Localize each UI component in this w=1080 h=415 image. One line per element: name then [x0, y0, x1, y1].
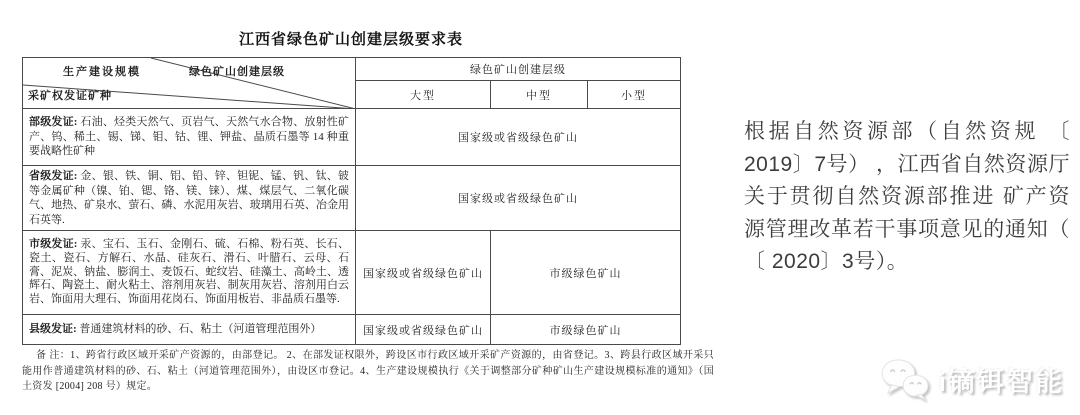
level-cell: 国家级或省级绿色矿山: [356, 315, 491, 345]
document-canvas: 江西省绿色矿山创建层级要求表 生产建设规模 绿色矿山创建层级 采矿权发证矿种 绿…: [0, 0, 1080, 415]
column-header-large: 大型: [356, 81, 491, 109]
level-cell: 国家级或省级绿色矿山: [356, 231, 491, 315]
watermark: i镝铒智能: [880, 357, 1064, 401]
minerals-text: 汞、宝石、玉石、金刚石、硫、石棉、粉石英、长石、瓷土、瓷石、方解石、水晶、硅灰石…: [29, 238, 349, 305]
minerals-text: 石油、烃类天然气、页岩气、天然气水合物、放射性矿产、钨、稀土、锡、锑、钼、钴、锂…: [29, 116, 349, 157]
level-cell: 国家级或省级绿色矿山: [356, 166, 681, 231]
column-header-small: 小型: [588, 81, 681, 109]
issuer-label: 市级发证:: [29, 238, 77, 250]
level-cell: 市级绿色矿山: [491, 315, 681, 345]
minerals-text: 普通建筑材料的砂、石、粘土（河道管理范围外）: [79, 323, 321, 335]
minerals-cell: 县级发证: 普通建筑材料的砂、石、粘土（河道管理范围外）: [23, 315, 356, 345]
issuer-label: 县级发证:: [29, 323, 77, 335]
minerals-text: 金、银、铁、铜、铝、铅、锌、钽铌、锰、钒、钛、铍等金属矿种（镍、铂、锶、铬、镁、…: [29, 170, 349, 226]
issuer-label: 省级发证:: [29, 170, 77, 182]
caption-text: 根据自然资源部（自然资规 〔 2019〕7号） ，江西省自然资源厅关于贯彻自然资…: [744, 116, 1070, 279]
column-header-medium: 中型: [491, 81, 588, 109]
minerals-cell: 部级发证: 石油、烃类天然气、页岩气、天然气水合物、放射性矿产、钨、稀土、锡、锑…: [23, 109, 356, 166]
page-title: 江西省绿色矿山创建层级要求表: [22, 28, 680, 49]
minerals-cell: 市级发证: 汞、宝石、玉石、金刚石、硫、石棉、粉石英、长石、瓷土、瓷石、方解石、…: [23, 231, 356, 315]
wechat-icon: [880, 357, 930, 401]
header-production-scale: 生产建设规模: [63, 63, 141, 79]
issuer-label: 部级发证:: [29, 116, 77, 128]
table-footnote: 备 注：1、跨省行政区域开采矿产资源的，由部登记。 2、在部发证权限外，跨设区市…: [22, 348, 714, 395]
column-group-header: 绿色矿山创建层级: [356, 58, 681, 81]
level-cell: 市级绿色矿山: [491, 231, 681, 315]
table-row: 部级发证: 石油、烃类天然气、页岩气、天然气水合物、放射性矿产、钨、稀土、锡、锑…: [23, 109, 681, 166]
header-mining-right-type: 采矿权发证矿种: [28, 87, 112, 103]
green-mine-requirements-table: 生产建设规模 绿色矿山创建层级 采矿权发证矿种 绿色矿山创建层级 大型 中型 小…: [22, 57, 681, 345]
table-row: 县级发证: 普通建筑材料的砂、石、粘土（河道管理范围外） 国家级或省级绿色矿山 …: [23, 315, 681, 345]
table-row: 省级发证: 金、银、铁、铜、铝、铅、锌、钽铌、锰、钒、钛、铍等金属矿种（镍、铂、…: [23, 166, 681, 231]
diagonal-header-cell: 生产建设规模 绿色矿山创建层级 采矿权发证矿种: [23, 58, 356, 109]
header-creation-level: 绿色矿山创建层级: [189, 63, 285, 79]
watermark-label: i镝铒智能: [938, 360, 1064, 399]
table-row: 市级发证: 汞、宝石、玉石、金刚石、硫、石棉、粉石英、长石、瓷土、瓷石、方解石、…: [23, 231, 681, 315]
level-cell: 国家级或省级绿色矿山: [356, 109, 681, 166]
minerals-cell: 省级发证: 金、银、铁、铜、铝、铅、锌、钽铌、锰、钒、钛、铍等金属矿种（镍、铂、…: [23, 166, 356, 231]
